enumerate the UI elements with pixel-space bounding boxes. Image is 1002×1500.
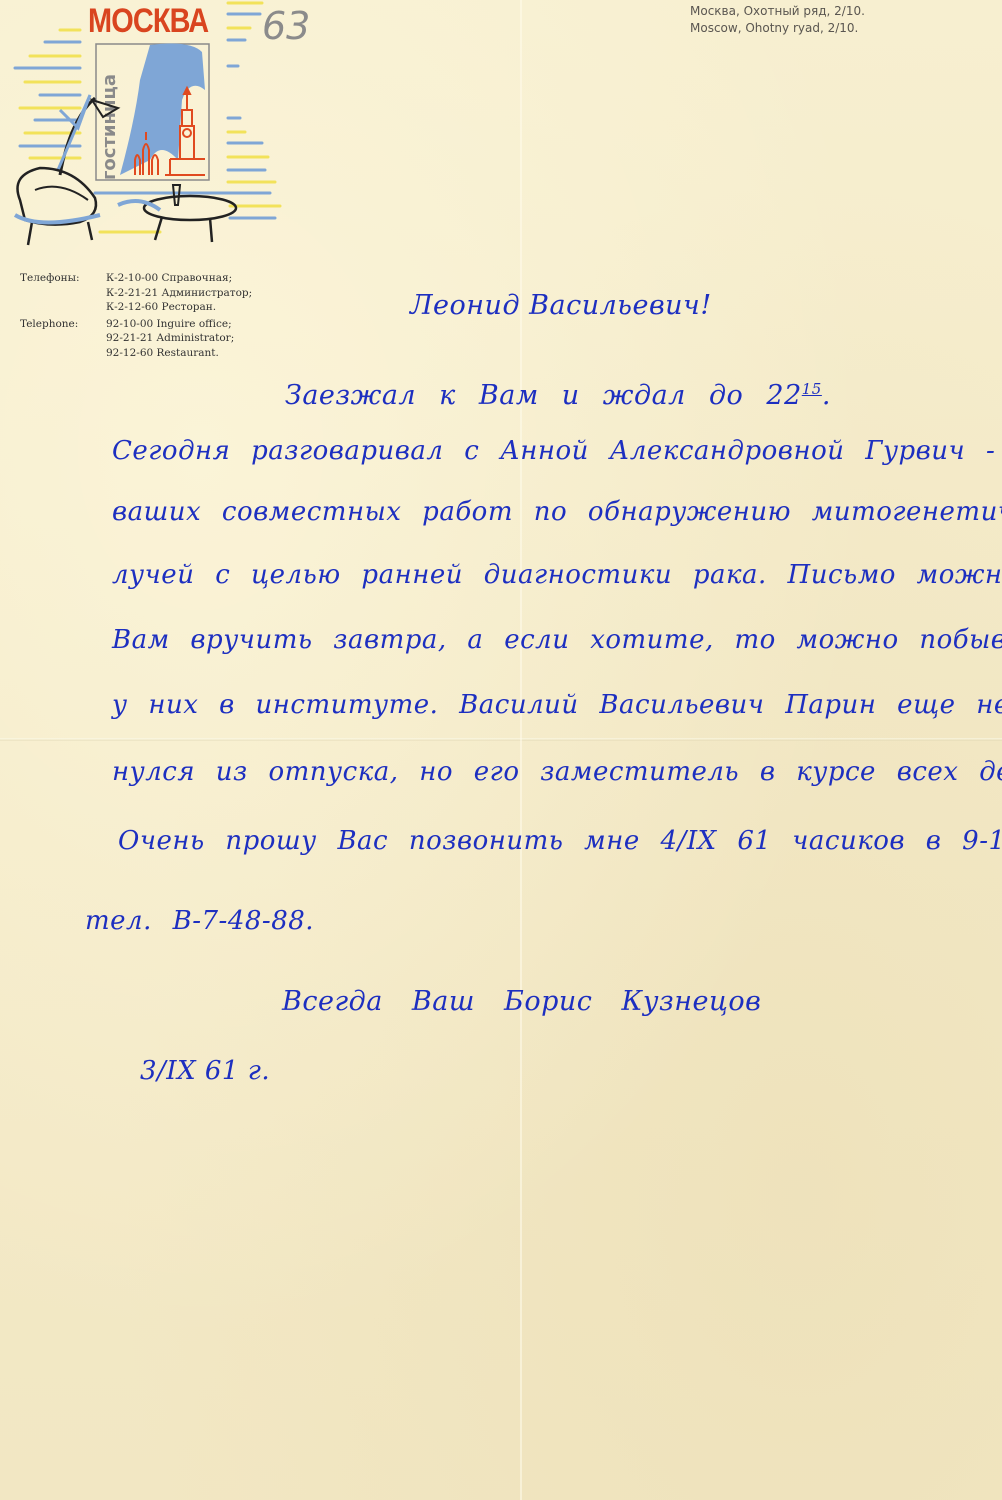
hotel-logo-illustration: гостиница МОСКВА 63 [0, 0, 290, 250]
letter-body-line: лучей с целью ранней диагностики рака. П… [112, 560, 1002, 590]
letter-body-line: нулся из отпуска, но его заместитель в к… [112, 757, 1002, 787]
phones-label-ru: Телефоны: [20, 271, 106, 286]
letter-date: 3/IX 61 г. [140, 1056, 270, 1086]
letter-body-line: у них в институте. Василий Васильевич Па… [112, 690, 1002, 720]
phone-line: К-2-12-60 Ресторан. [106, 300, 216, 315]
letter-closing-signature: Всегда Ваш Борис Кузнецов [282, 986, 761, 1017]
opening-period: . [822, 380, 831, 411]
phone-line: К-2-10-00 Справочная; [106, 271, 232, 286]
address-english: Moscow, Ohotny ryad, 2/10. [690, 20, 865, 37]
letter-salutation: Леонид Васильевич! [410, 290, 712, 321]
address-russian: Москва, Охотный ряд, 2/10. [690, 3, 865, 20]
phone-line: 92-21-21 Administrator; [106, 331, 234, 346]
letter-body-line: Вам вручить завтра, а если хотите, то мо… [112, 625, 1002, 655]
phone-line: 92-12-60 Restaurant. [106, 346, 219, 361]
logo-subtitle: гостиница [99, 74, 120, 180]
letter-body-line: ваших совместных работ по обнаружению ми… [112, 497, 1002, 527]
paper-fold-horizontal [0, 738, 1002, 741]
letter-body-line: тел. В-7-48-88. [85, 906, 314, 936]
phone-line: К-2-21-21 Администратор; [106, 286, 252, 301]
logo-title: МОСКВА [88, 2, 208, 41]
letter-body-line: Сегодня разговаривал с Анной Александров… [112, 436, 1002, 466]
phone-directory: Телефоны:К-2-10-00 Справочная; К-2-21-21… [20, 271, 252, 360]
phones-label-en: Telephone: [20, 317, 106, 332]
letter-body-line: Очень прошу Вас позвонить мне 4/IX 61 ча… [118, 826, 1002, 856]
archive-number: 63 [262, 4, 310, 48]
paper-fold-vertical [520, 0, 522, 1500]
phone-line: 92-10-00 Inguire office; [106, 317, 232, 332]
letterhead-address: Москва, Охотный ряд, 2/10. Moscow, Ohotn… [690, 3, 865, 37]
letter-opening-line: Заезжал к Вам и ждал до 2215. [285, 380, 831, 411]
opening-text: Заезжал к Вам и ждал до 22 [285, 380, 802, 411]
opening-time-minutes: 15 [802, 380, 822, 398]
